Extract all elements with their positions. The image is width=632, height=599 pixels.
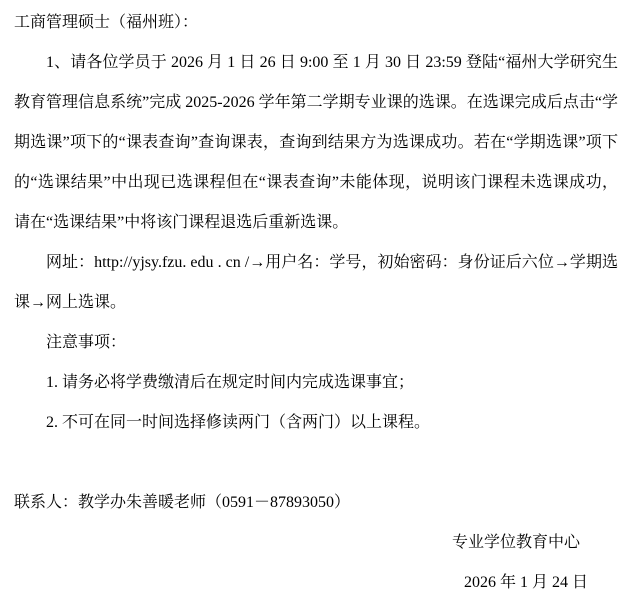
signature-unit: 专业学位教育中心 bbox=[14, 523, 618, 563]
paragraph-website-login-path: 网址：http://yjsy.fzu. edu . cn /→用户名：学号，初始… bbox=[14, 243, 618, 323]
note-item-1: 1. 请务必将学费缴清后在规定时间内完成选课事宜； bbox=[14, 363, 618, 403]
paragraph-course-selection-instructions: 1、请各位学员于 2026 月 1 日 26 日 9:00 至 1 月 30 日… bbox=[14, 43, 618, 243]
paragraph-notes-heading: 注意事项： bbox=[14, 323, 618, 363]
notice-salutation: 工商管理硕士（福州班）： bbox=[14, 3, 618, 43]
signature-date: 2026 年 1 月 24 日 bbox=[14, 563, 618, 599]
contact-line: 联系人：教学办朱善暖老师（0591－87893050） bbox=[14, 483, 618, 523]
note-item-2: 2. 不可在同一时间选择修读两门（含两门）以上课程。 bbox=[14, 403, 618, 443]
notice-document: 工商管理硕士（福州班）： 1、请各位学员于 2026 月 1 日 26 日 9:… bbox=[0, 0, 632, 599]
